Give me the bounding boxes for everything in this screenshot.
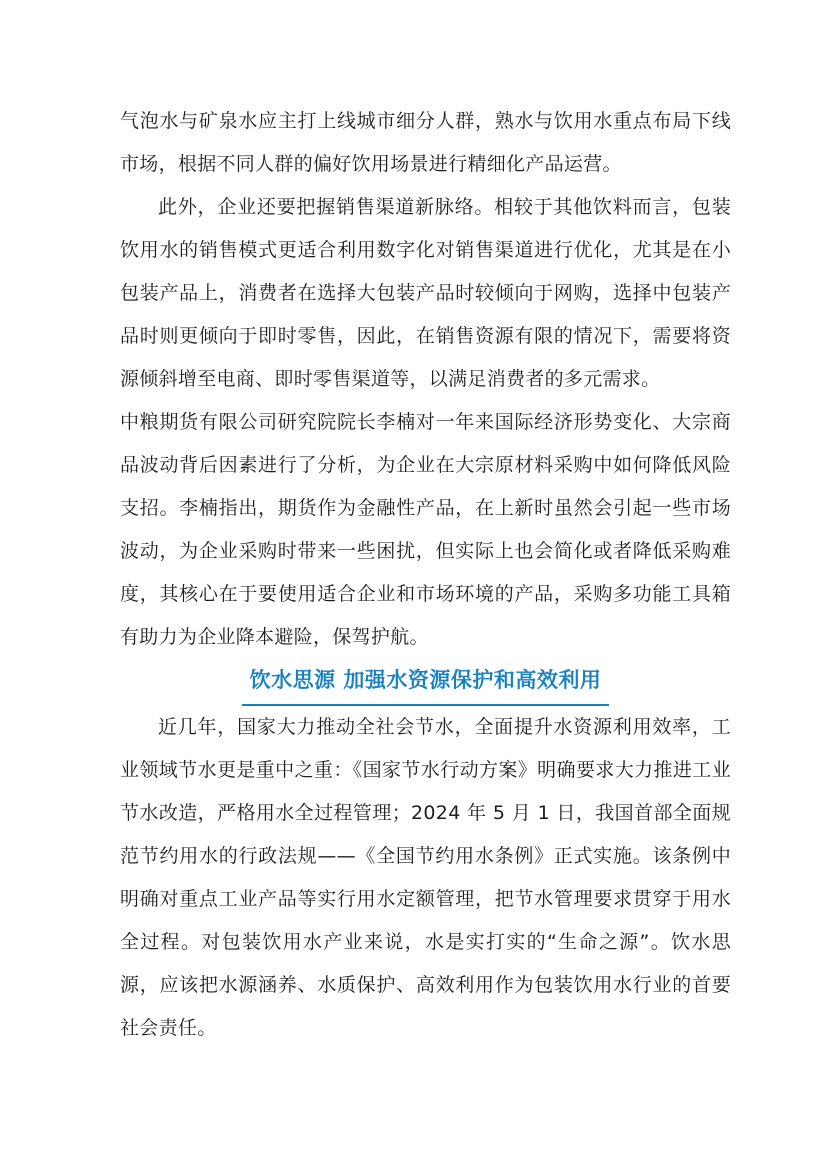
document-page: 气泡水与矿泉水应主打上线城市细分人群，熟水与饮用水重点布局下线市场，根据不同人群… [0, 0, 827, 1169]
paragraph-product-segmentation: 气泡水与矿泉水应主打上线城市细分人群，熟水与饮用水重点布局下线市场，根据不同人群… [120, 100, 731, 186]
section-heading-text: 饮水思源 加强水资源保护和高效利用 [242, 659, 610, 706]
paragraph-futures-analysis: 中粮期货有限公司研究院院长李楠对一年来国际经济形势变化、大宗商品波动背后因素进行… [120, 401, 731, 659]
document-body: 气泡水与矿泉水应主打上线城市细分人群，熟水与饮用水重点布局下线市场，根据不同人群… [120, 100, 731, 1050]
paragraph-sales-channels: 此外，企业还要把握销售渠道新脉络。相较于其他饮料而言，包装饮用水的销售模式更适合… [120, 186, 731, 401]
section-heading: 饮水思源 加强水资源保护和高效利用 [120, 659, 731, 706]
paragraph-water-conservation: 近几年，国家大力推动全社会节水，全面提升水资源利用效率，工业领域节水更是重中之重… [120, 706, 731, 1050]
